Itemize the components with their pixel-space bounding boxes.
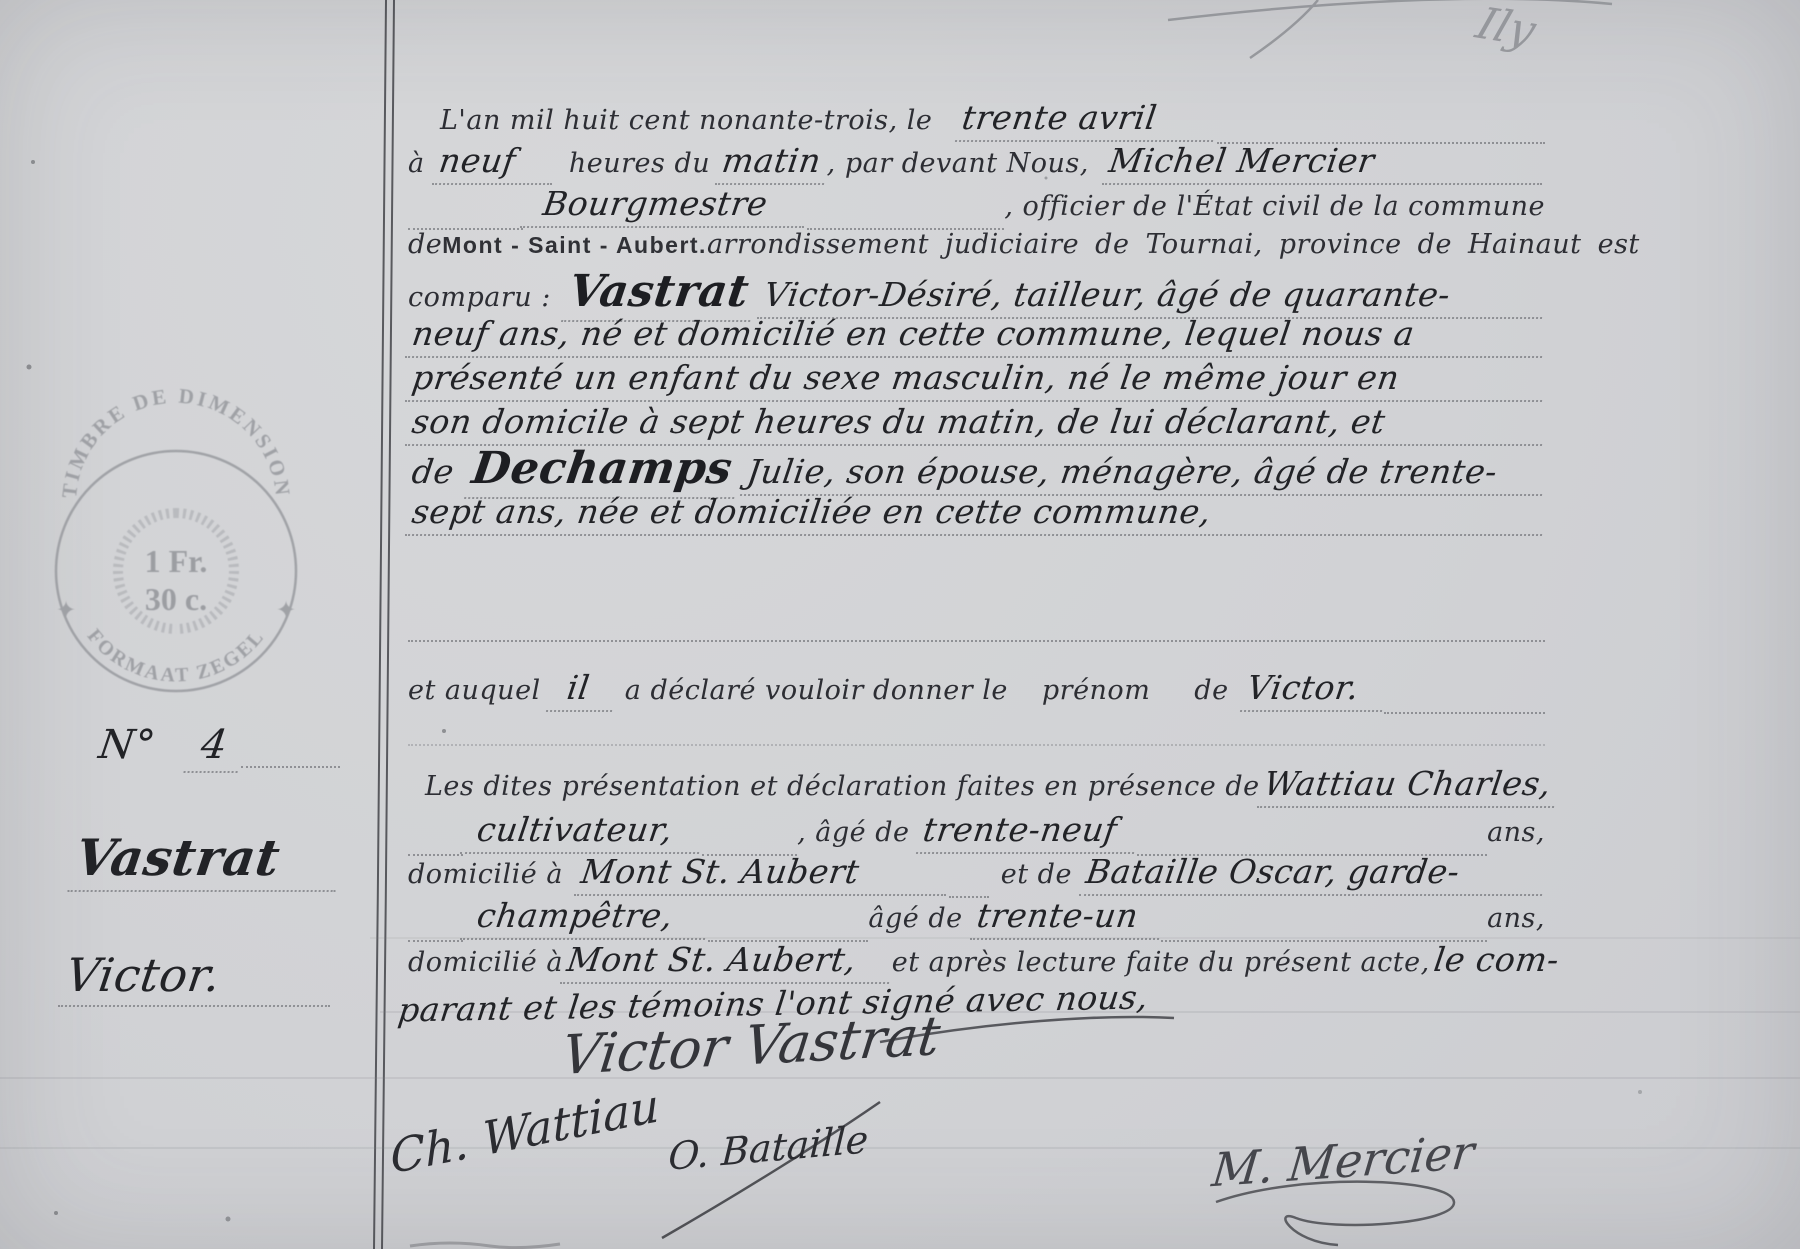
printed-text: , par devant Nous, [827,148,1089,179]
handwritten-witness2-name: Bataille Oscar, garde- [1079,852,1548,896]
handwritten-witness2-age: trente-un [970,896,1165,940]
stamp-value-francs: 1 Fr. [145,543,208,579]
handwritten-witness2-domicile: Mont St. Aubert, [560,940,895,984]
stamp-diamond-left-icon: ✦ [56,596,76,624]
printed-text: et après lecture faite du présent acte, [892,947,1430,978]
handwritten-witness1-age: trente-neuf [916,810,1140,854]
handwritten-text: Julie, son épouse, ménagère, âgé de tren… [740,452,1548,496]
handwritten-mother-surname: Dechamps [464,443,741,499]
handwritten-text: présenté un enfant du sexe masculin, né … [405,358,1548,402]
handwritten-child-firstname: Victor. [1239,668,1387,712]
act-line-3: Bourgmestre , officier de l'État civil d… [408,184,1545,234]
printed-text: domicilié à [408,947,563,978]
printed-text: , officier de l'État civil de la commune [1004,191,1545,222]
pencil-corner-note: Ily [1470,0,1542,56]
act-line-6: neuf ans, né et domicilié en cette commu… [408,314,1545,364]
handwritten-date: trente avril [955,98,1219,142]
stamp-arc-bottom-text: FORMAAT ZEGEL [83,625,270,687]
margin-act-number: N° 4 [95,722,340,772]
given-name-handwritten: Victor. [58,948,338,1007]
printed-text: âgé de [868,903,962,934]
handwritten-witness1-domicile: Mont St. Aubert [574,852,952,896]
act-line-9: de Dechamps Julie, son épouse, ménagère,… [408,443,1545,493]
act-line-5: comparu : Vastrat Victor-Désiré, tailleu… [408,266,1545,316]
handwritten-officer-name: Michel Mercier [1102,141,1548,185]
margin-surname: Vastrat [72,828,340,878]
printed-text: Les dites présentation et déclaration fa… [425,771,1260,802]
act-line-10: sept ans, née et domiciliée en cette com… [408,492,1545,542]
printed-text: et auquel [408,675,541,706]
printed-text: a déclaré vouloir donner le [625,675,1008,706]
document-scan: TIMBRE DE DIMENSION FORMAAT ZEGEL 1 Fr. … [0,0,1800,1249]
printed-text: ans, [1487,903,1545,934]
handwritten-period: matin [715,141,830,185]
printed-text: heures du [569,148,710,179]
handwritten-text: son domicile à sept heures du matin, de … [405,402,1548,446]
printed-text: de [1194,675,1228,706]
stamp-arc-top-text: TIMBRE DE DIMENSION [57,384,295,500]
stamp-value-centimes: 30 c. [145,581,207,617]
printed-text: et de [1001,859,1072,890]
surname-handwritten: Vastrat [68,828,345,892]
blank-dotted-rule [408,640,1545,642]
act-number-label: N° [92,722,165,771]
stamp-wreath [118,513,234,629]
act-line-17: champêtre, âgé de trente-un ans, [408,896,1545,946]
printed-text: prénom [1042,675,1150,706]
svg-text:FORMAAT ZEGEL: FORMAAT ZEGEL [83,625,270,687]
act-line-12: et auquel il a déclaré vouloir donner le… [408,668,1545,718]
handwritten-text: Victor-Désiré, tailleur, âgé de quarante… [757,275,1548,319]
printed-text: comparu : [408,282,551,313]
margin-given-name: Victor. [62,948,334,998]
handwritten-hour: neuf [432,141,558,185]
handwritten-witness1-name: Wattiau Charles, [1257,764,1560,808]
printed-text: domicilié à [408,859,563,890]
signature-officer: M. Mercier [1209,1125,1476,1198]
signature-witness2: O. Bataille [667,1117,869,1179]
stamp-diamond-right-icon: ✦ [276,596,296,624]
act-line-7: présenté un enfant du sexe masculin, né … [408,358,1545,408]
printed-text: ans, [1487,817,1545,848]
printed-text: arrondissement judiciaire de Tournai, pr… [707,229,1640,260]
margin-double-rule [374,0,394,1249]
handwritten-pronoun: il [546,668,618,712]
handwritten-text: de [405,452,463,494]
printed-text: à [408,148,425,179]
handwritten-text: neuf ans, né et domicilié en cette commu… [405,314,1548,358]
svg-text:TIMBRE DE DIMENSION: TIMBRE DE DIMENSION [57,384,295,500]
signature-witness1: Ch. Wattiau [389,1078,660,1185]
act-line-14: Les dites présentation et déclaration fa… [425,764,1545,814]
printed-text: , âgé de [797,817,909,848]
commune-name-stamped: Mont - Saint - Aubert. [442,232,707,259]
act-line-16: domicilié à Mont St. Aubert et de Batail… [408,852,1545,902]
handwritten-witness1-occupation: cultivateur, [460,810,705,854]
revenue-stamp: TIMBRE DE DIMENSION FORMAAT ZEGEL 1 Fr. … [56,384,296,691]
handwritten-text: sept ans, née et domiciliée en cette com… [405,492,1548,536]
printed-text: L'an mil huit cent nonante-trois, le [440,105,932,136]
printed-text: de [408,229,442,260]
handwritten-witness2-occupation: champêtre, [460,896,712,940]
act-number-value: 4 [183,722,244,773]
pencil-scribble [1168,0,1612,58]
handwritten-text: le com- [1427,940,1568,982]
blank-dotted-rule-faint [408,744,1545,746]
handwritten-officer-title: Bourgmestre [520,184,810,228]
